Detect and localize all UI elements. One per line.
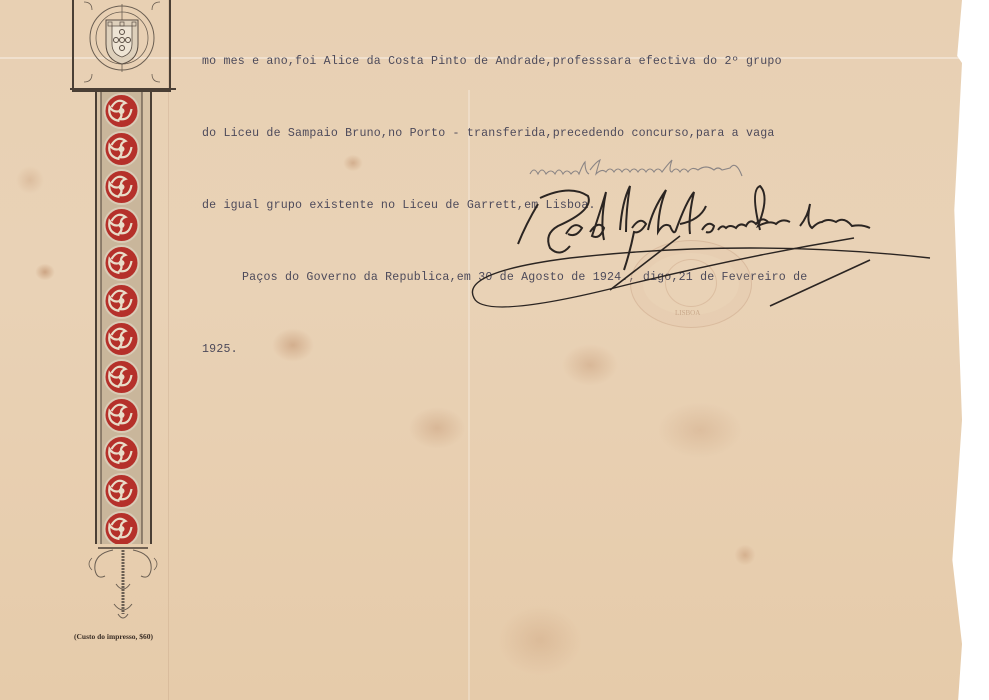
fold-line-margin [168, 0, 169, 700]
ink-signature: Rodolpho Xavier da Silva [470, 180, 940, 320]
printing-cost-note: (Custo do impresso, $60) [74, 632, 153, 641]
typed-line-year: 1925. [202, 338, 942, 362]
ornamental-flourish-icon [78, 544, 168, 624]
portuguese-arms-icon [82, 0, 162, 85]
typed-line: do Liceu de Sampaio Bruno,no Porto - tra… [202, 122, 942, 146]
typed-line: mo mes e ano,foi Alice da Costa Pinto de… [202, 50, 942, 74]
decorative-border-strip [95, 92, 152, 544]
crest-divider [70, 88, 176, 90]
celtic-triskelion-pattern-icon [97, 92, 146, 544]
coat-of-arms-emblem [72, 0, 171, 92]
